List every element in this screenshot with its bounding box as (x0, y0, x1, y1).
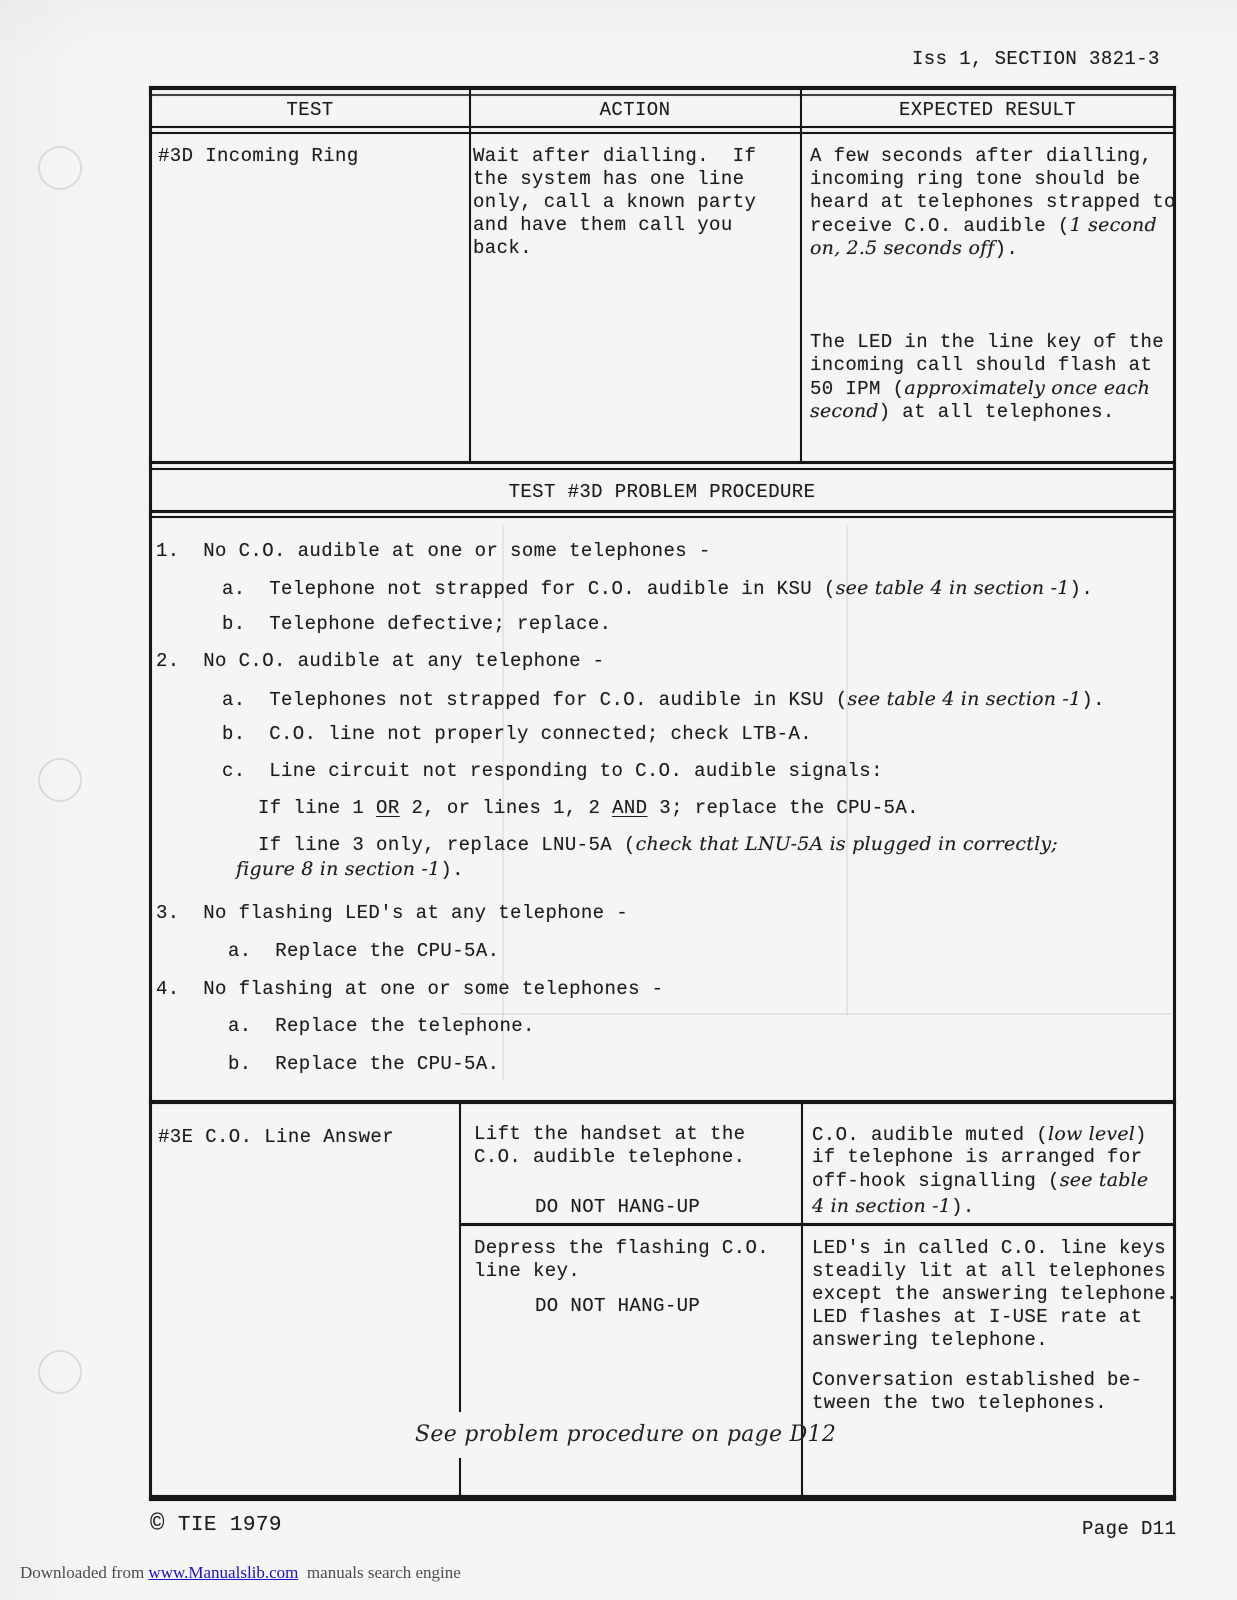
expected-3d-line: incoming call should flash at (810, 354, 1152, 377)
procedure-3d-item: 2. No C.O. audible at any telephone - (156, 650, 604, 673)
do-not-hang-up-note: DO NOT HANG-UP (535, 1196, 700, 1219)
procedure-3d-item: 1. No C.O. audible at one or some teleph… (156, 540, 711, 563)
table-border-left (149, 86, 152, 1501)
expected-3d-line: receive C.O. audible (1 second (810, 214, 1157, 238)
problem-procedure-banner: TEST #3D PROBLEM PROCEDURE (151, 481, 1173, 504)
section-header: Iss 1, SECTION 3821-3 (912, 48, 1160, 71)
watermark-prefix: Downloaded from (20, 1563, 148, 1582)
action-3d-line: Wait after dialling. If (473, 145, 756, 168)
procedure-3d-subitem: a. Replace the telephone. (228, 1015, 535, 1038)
procedure-3d-detail: If line 1 OR 2, or lines 1, 2 AND 3; rep… (258, 797, 919, 820)
action-3d-line: and have them call you (473, 214, 733, 237)
column-header-expected: EXPECTED RESULT (802, 99, 1173, 122)
expected-3e-line: 4 in section -1). (812, 1195, 975, 1219)
copyright-text: TIE 1979 (165, 1514, 282, 1537)
procedure-3d-subitem: b. C.O. line not properly connected; che… (222, 723, 812, 746)
column-header-action: ACTION (470, 99, 800, 122)
table-border-top-inner (149, 94, 1176, 96)
punch-hole (38, 1350, 82, 1394)
col-divider-test-action-top (469, 90, 471, 463)
expected-3d-line: incoming ring tone should be (810, 168, 1140, 191)
table-border-bottom (149, 1495, 1176, 1501)
procedure-3d-subitem: b. Replace the CPU-5A. (228, 1053, 499, 1076)
header-underline-2 (149, 132, 1176, 134)
col-divider-action-expected-top (800, 90, 802, 463)
col-divider-test-action-3e (459, 1104, 461, 1412)
procedure-3d-subitem: c. Line circuit not responding to C.O. a… (222, 760, 883, 783)
expected-3e-line: LED flashes at I-USE rate at (812, 1306, 1142, 1329)
expected-3d-line: on, 2.5 seconds off). (810, 237, 1018, 261)
action-3d-line: the system has one line (473, 168, 744, 191)
procedure-3d-detail: figure 8 in section -1). (236, 858, 464, 882)
watermark-link[interactable]: www.Manualslib.com (148, 1563, 298, 1582)
col-divider-test-action-3e-lower (459, 1458, 461, 1495)
banner-bottom-line-2 (149, 516, 1176, 518)
expected-3d-line: second) at all telephones. (810, 400, 1115, 424)
expected-3e-line: off-hook signalling (see table (812, 1169, 1148, 1193)
punch-hole (38, 146, 82, 190)
procedure-3d-detail: If line 3 only, replace LNU-5A (check th… (258, 833, 1058, 857)
banner-bottom-line-1 (149, 510, 1176, 513)
expected-3d-line: The LED in the line key of the (810, 331, 1164, 354)
test-3e-label: #3E C.O. Line Answer (158, 1126, 394, 1149)
see-problem-procedure-note: See problem procedure on page D12 (415, 1422, 836, 1447)
row3e-subrow-divider (459, 1223, 1176, 1226)
row3e-top-border (149, 1100, 1176, 1104)
action-3d-line: back. (473, 237, 532, 260)
bleedthrough-line (460, 1013, 1172, 1015)
action-3d-line: only, call a known party (473, 191, 756, 214)
watermark: Downloaded from www.Manualslib.com manua… (20, 1563, 461, 1583)
action-3e-line: Lift the handset at the (474, 1123, 745, 1146)
expected-3e-line: LED's in called C.O. line keys (812, 1237, 1166, 1260)
action-3e-line: line key. (474, 1260, 580, 1283)
procedure-3d-subitem: a. Telephones not strapped for C.O. audi… (222, 688, 1105, 712)
expected-3d-line: heard at telephones strapped to (810, 191, 1176, 214)
action-3e-line: C.O. audible telephone. (474, 1146, 745, 1169)
procedure-3d-item: 4. No flashing at one or some telephones… (156, 978, 663, 1001)
watermark-suffix: manuals search engine (298, 1563, 460, 1582)
expected-3e-line: except the answering telephone. (812, 1283, 1178, 1306)
action-3e-line: Depress the flashing C.O. (474, 1237, 769, 1260)
copyright-line: © TIE 1979 (150, 1513, 282, 1537)
expected-3e-line: steadily lit at all telephones (812, 1260, 1166, 1283)
document-page: Iss 1, SECTION 3821-3 TEST ACTION EXPECT… (0, 0, 1237, 1600)
expected-3d-line: 50 IPM (approximately once each (810, 377, 1150, 401)
row3d-bottom-line-1 (149, 461, 1176, 464)
header-underline-1 (149, 126, 1176, 128)
expected-3e-line: C.O. audible muted (low level) (812, 1123, 1147, 1147)
test-3d-label: #3D Incoming Ring (158, 145, 359, 168)
expected-3e-line: answering telephone. (812, 1329, 1048, 1352)
expected-3e-line: Conversation established be- (812, 1369, 1142, 1392)
expected-3e-line: if telephone is arranged for (812, 1146, 1142, 1169)
punch-hole (38, 758, 82, 802)
procedure-3d-subitem: a. Replace the CPU-5A. (228, 940, 499, 963)
column-header-test: TEST (151, 99, 469, 122)
page-number: Page D11 (1082, 1518, 1176, 1541)
copyright-icon: © (150, 1511, 165, 1538)
do-not-hang-up-note: DO NOT HANG-UP (535, 1295, 700, 1318)
procedure-3d-subitem: a. Telephone not strapped for C.O. audib… (222, 577, 1093, 601)
procedure-3d-item: 3. No flashing LED's at any telephone - (156, 902, 628, 925)
table-border-top (149, 86, 1176, 90)
expected-3e-line: tween the two telephones. (812, 1392, 1107, 1415)
procedure-3d-subitem: b. Telephone defective; replace. (222, 613, 611, 636)
row3d-bottom-line-2 (149, 468, 1176, 470)
expected-3d-line: A few seconds after dialling, (810, 145, 1152, 168)
